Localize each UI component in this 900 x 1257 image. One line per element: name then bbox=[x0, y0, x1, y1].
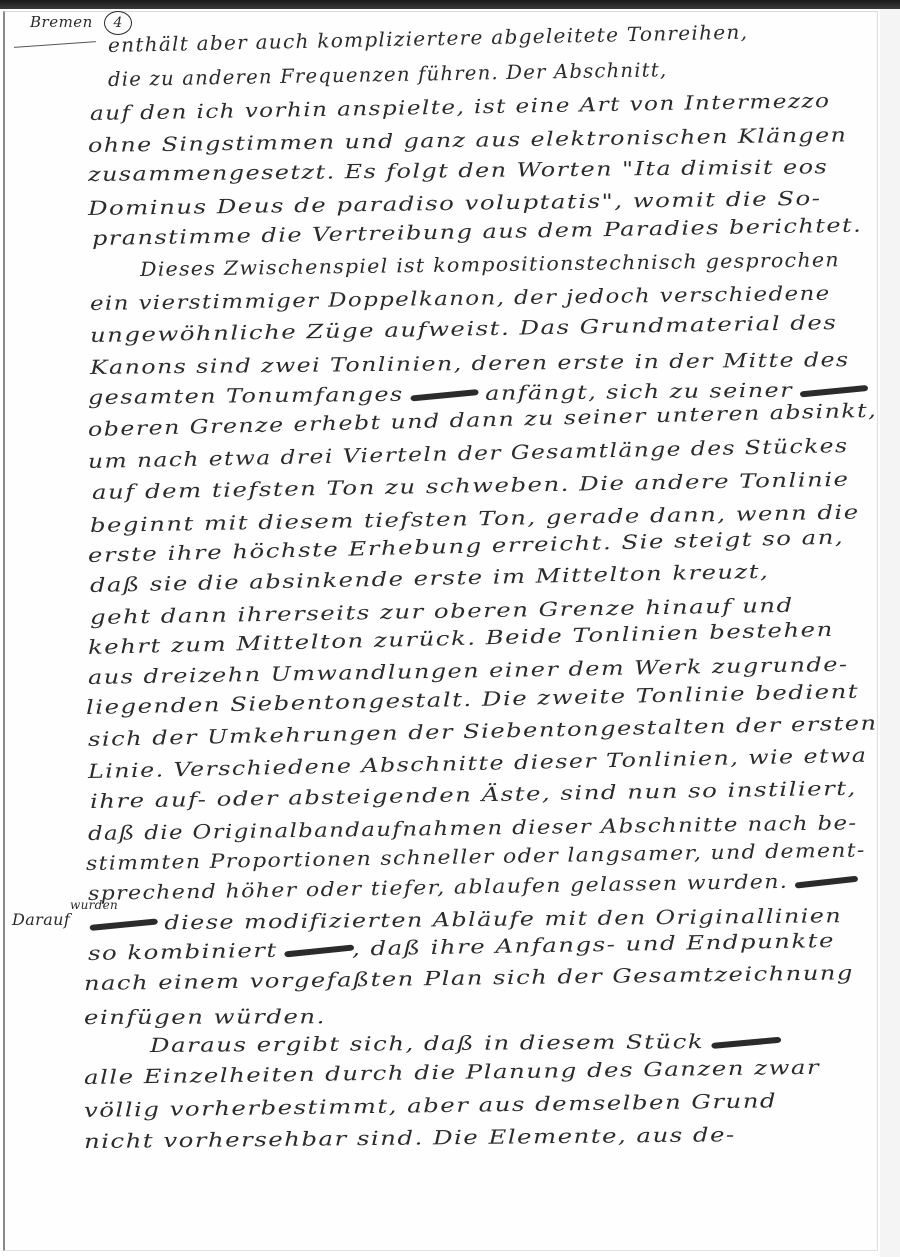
crossed-out-word bbox=[92, 911, 156, 935]
scanner-top-edge bbox=[0, 0, 900, 9]
crossed-out-word bbox=[713, 1030, 778, 1053]
header-place: Bremen bbox=[30, 13, 93, 31]
page-number-circle: 4 bbox=[104, 11, 132, 35]
margin-note: Darauf bbox=[12, 910, 70, 929]
manuscript-line: Daraus ergibt sich, daß in diesem Stück bbox=[150, 1030, 779, 1057]
manuscript-line: einfügen würden. bbox=[84, 1005, 326, 1029]
crossed-out-word bbox=[796, 869, 855, 893]
margin-note-insertion: wurden bbox=[70, 898, 118, 912]
crossed-out-word bbox=[802, 378, 866, 402]
scanner-right-margin bbox=[880, 9, 900, 1257]
crossed-out-word bbox=[413, 382, 477, 406]
crossed-out-word bbox=[287, 937, 352, 961]
